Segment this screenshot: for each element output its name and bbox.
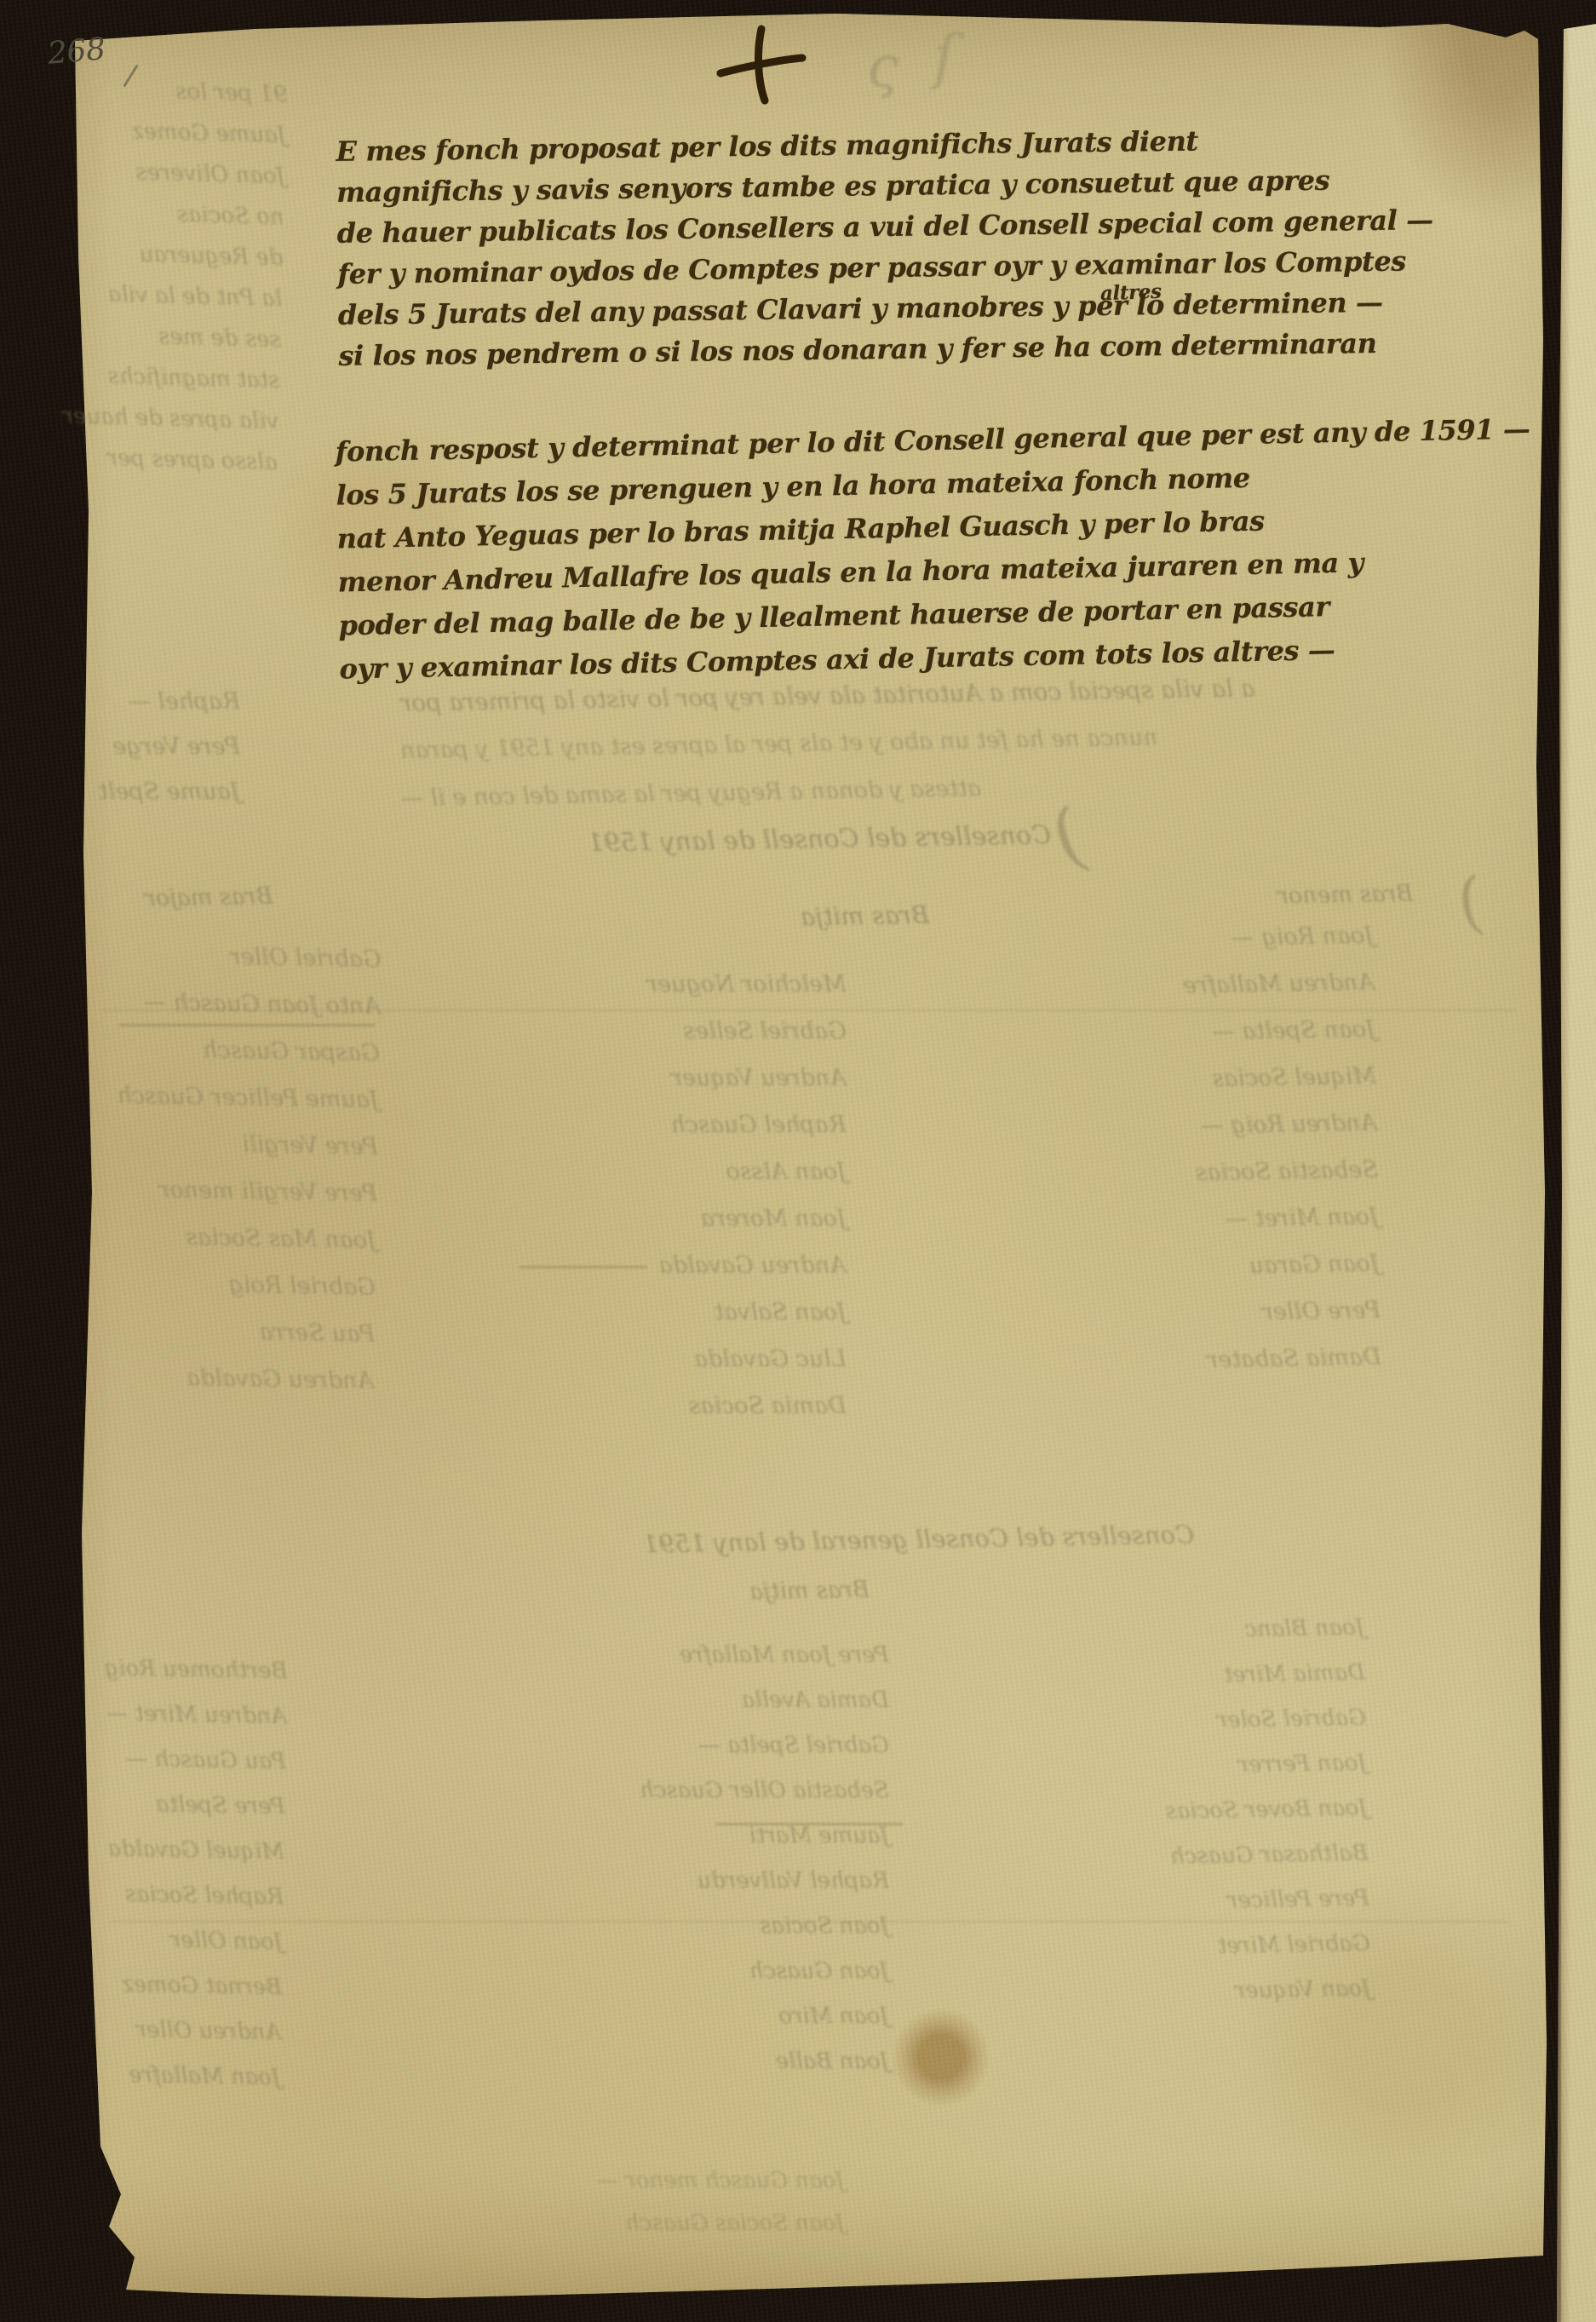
bleed-name: Andreu Roig — xyxy=(1162,1110,1377,1140)
bleed-name: Pau Guasch — xyxy=(123,1746,286,1774)
bleed-name: Andreu Vaquer xyxy=(671,1065,847,1091)
bleed-name: Pere Joan Mallafre xyxy=(617,1642,889,1668)
bleed-name: Joan Socias xyxy=(617,1913,889,1939)
heading-cross-icon xyxy=(714,24,807,105)
bleed-name: Lluc Gavalda xyxy=(671,1346,847,1372)
bleed-brace: ) xyxy=(1455,863,1487,941)
bleed-section2-middle-column: Pere Joan MallafreDamia AvellaGabriel Sp… xyxy=(617,1642,889,2074)
bleed-name: Joan Alsso xyxy=(639,1158,847,1185)
interlinear-insertion: altres xyxy=(1100,280,1162,305)
bleed-line: no Socias xyxy=(49,198,284,230)
bleed-name: Sebastia Oller Guasch xyxy=(640,1778,889,1803)
bleed-name: Bernat Gomez xyxy=(100,1971,282,2000)
bleed-name: Andreu Mallafre xyxy=(1173,969,1375,999)
bleed-line: ses de mes xyxy=(24,320,281,353)
bleed-name: Joan Garau xyxy=(1178,1250,1380,1280)
bleed-name: Raphel Socias xyxy=(121,1882,284,1910)
bleed-section2-left-column: Berthomeu RoigAndreu Miret —Pau Guasch —… xyxy=(78,1655,288,2090)
manuscript-scan: 268 ς ſ E mes fonch proposat per los dit… xyxy=(0,0,1596,2322)
bleed-line: la Pnt de la vila xyxy=(66,280,282,312)
bleed-name: Joan Guasch xyxy=(640,1958,889,1984)
bleed-name: Joan Blanc xyxy=(1125,1615,1364,1645)
bleed-name: Joan Roig — xyxy=(1150,922,1374,953)
bleed-name: Jaume Pellicer Guasch xyxy=(117,1083,379,1113)
bleed-name: Joan Bover Socias xyxy=(1137,1796,1368,1825)
bleed-name: Pere Vergili xyxy=(102,1129,378,1160)
bleed-section2-right-column: Joan BlancDamia MiretGabriel SolerJoan F… xyxy=(1125,1615,1371,2006)
bleed-name: Damia Socias xyxy=(639,1393,847,1419)
bleed-mid-margin-column: Raphel —Pere VergeJaume Spelt xyxy=(58,688,240,805)
paper-crease xyxy=(111,1921,1507,1923)
bleed-name: Joan Vaquer xyxy=(1172,1976,1370,2005)
bleed-name: Joan Mallafre xyxy=(86,2061,281,2090)
bleed-rule xyxy=(119,1024,375,1026)
bleed-rule xyxy=(520,1266,647,1268)
bleed-name: Pere Pellicer xyxy=(1130,1886,1369,1916)
bleed-name: Andreu Gavalda xyxy=(630,1252,847,1279)
bleed-name: Jaume Marti xyxy=(626,1823,889,1848)
bleed-name: Joan Salvat xyxy=(652,1299,847,1325)
bleed-name: Pau Serra xyxy=(131,1317,375,1348)
bleed-subheader: Bras mitja xyxy=(749,1577,870,1605)
bleed-name: Gabriel Selles xyxy=(652,1018,847,1044)
bleed-name: Damia Avella xyxy=(640,1687,889,1713)
adjacent-page-edge xyxy=(1557,0,1596,2322)
bleed-subheader: Bras menor xyxy=(1277,881,1414,910)
bleed-subheader: Bras major xyxy=(145,883,273,912)
bleed-line: Jaume Spelt xyxy=(99,779,240,805)
bleed-name: Raphel Vallverdu xyxy=(658,1868,889,1894)
paragraph-1: E mes fonch proposat per los dits magnif… xyxy=(336,118,1434,376)
bleed-line: Jaume Gomez xyxy=(51,117,286,148)
bleed-name: Miquel Socias xyxy=(1174,1063,1376,1093)
bleed-name: Sebastia Socias xyxy=(1195,1157,1378,1187)
bleed-line: de Reguerau xyxy=(34,239,283,271)
bleed-section1-middle-column: Melchior NoguerGabriel SellesAndreu Vaqu… xyxy=(630,971,847,1419)
bleed-section1-right-column: Joan Roig —Andreu MallafreJoan Spelta —M… xyxy=(1150,922,1381,1374)
folio-number: 268 xyxy=(46,32,106,72)
bleed-name: Anto Joan Guasch — xyxy=(118,989,381,1020)
bleed-name: Joan Oller xyxy=(79,1926,283,1955)
bleed-name: Joan Ferrer xyxy=(1150,1750,1367,1779)
bleed-name: Joan Morera xyxy=(671,1205,847,1232)
bleed-name: Melchior Noguer xyxy=(630,971,847,997)
bleed-line: Pere Verge xyxy=(80,733,240,760)
bleed-name: Berthomeu Roig xyxy=(84,1655,288,1684)
bleed-line: Joan Guasch menor — xyxy=(596,2168,845,2193)
bleed-line: alsso apres per xyxy=(29,443,278,475)
bleed-line: vila apres de hauer xyxy=(62,403,278,434)
paper-crease xyxy=(102,1009,1516,1011)
bleed-name: Joan Miret — xyxy=(1155,1204,1379,1234)
bleed-line: Joan Socias Guasch xyxy=(618,2210,845,2236)
bleed-name: Pere Vergili menor xyxy=(134,1176,377,1207)
bleed-name: Andreu Miret — xyxy=(106,1700,287,1729)
bleed-name: Balthasar Guasch xyxy=(1170,1841,1369,1870)
bleed-name: Raphel Guasch xyxy=(652,1112,847,1138)
bleed-subheader: Bras mitja xyxy=(801,900,930,932)
bleed-name: Andreu Gavalda xyxy=(98,1363,374,1394)
bleed-name: Joan Spelta — xyxy=(1192,1016,1375,1046)
bleed-name: Joan Mas Socias xyxy=(92,1222,376,1254)
bleed-line: stat magnifichs xyxy=(45,362,280,394)
bleed-name: Joan Miro xyxy=(658,2003,889,2029)
bleed-left-margin-column: 91 per losJaume GomezJoan Oliveresno Soc… xyxy=(20,75,288,475)
bleed-name: Gabriel Oller xyxy=(97,941,382,973)
bleed-name: Pere Spelta xyxy=(104,1790,285,1819)
bleed-line: Joan Oliveres xyxy=(69,158,285,189)
bleed-name: Joan Balle xyxy=(626,2049,889,2074)
bleed-name: Andreu Oller xyxy=(119,2017,282,2045)
faint-top-mark: ſ xyxy=(933,22,956,92)
paragraph-2: fonch respost y determinat per lo dit Co… xyxy=(335,408,1535,692)
faint-top-mark: ς xyxy=(867,34,898,100)
bleed-name: Miquel Gavalda xyxy=(89,1836,284,1865)
bleed-name: Gabriel Soler xyxy=(1168,1705,1366,1734)
bleed-name: Gabriel Roig xyxy=(113,1270,376,1301)
bleed-line: Raphel — xyxy=(58,688,240,715)
bleed-name: Pere Oller xyxy=(1197,1297,1381,1327)
bleed-name: Gabriel Spelta — xyxy=(658,1733,889,1758)
bleed-name: Damia Miret xyxy=(1148,1660,1365,1689)
bleed-name: Gaspar Guasch xyxy=(136,1036,380,1066)
bleed-name: Damia Sabater xyxy=(1166,1344,1381,1374)
bleed-name: Gabriel Miret xyxy=(1153,1931,1370,1960)
bleed-rule xyxy=(715,1823,903,1825)
bleed-bottom-lines: Joan Guasch menor —Joan Socias Guasch xyxy=(596,2168,845,2236)
